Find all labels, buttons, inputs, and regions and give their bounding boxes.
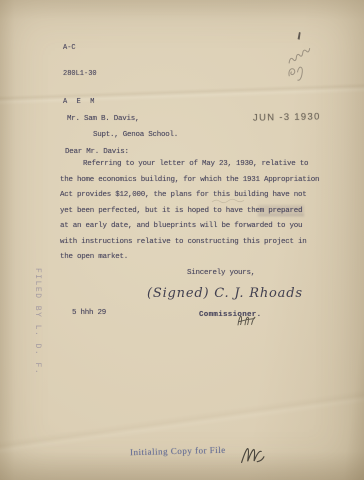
handwritten-initial-mark	[238, 442, 268, 468]
pencil-squiggle	[212, 199, 244, 202]
salutation: Dear Mr. Davis:	[65, 147, 129, 157]
handwritten-initials	[234, 311, 262, 329]
ink-tick-mark	[298, 32, 301, 40]
filed-by-side-stamp: FILED BY L. D. F.	[31, 268, 42, 380]
recipient-title: Supt., Genoa School.	[93, 130, 178, 140]
file-reference: 5 hhh 29	[72, 308, 106, 318]
body-line: Referring to your letter of May 23, 1930…	[60, 160, 332, 176]
body-line: the home economics building, for which t…	[60, 176, 332, 192]
body-line: at an early date, and blueprints will be…	[60, 222, 332, 238]
pencil-script-line1	[287, 48, 312, 63]
file-codes: A-C 280L1-30 A E M	[63, 27, 97, 124]
pencil-annotation-top-right	[282, 30, 334, 82]
received-date-stamp: JUN -3 1930	[253, 111, 321, 123]
pencil-script-line2	[288, 66, 305, 82]
pencil-m-stroke	[242, 448, 265, 463]
signature: (Signed) C. J. Rhoads	[147, 286, 303, 301]
recipient-name: Mr. Sam B. Davis,	[67, 114, 139, 124]
complimentary-close: Sincerely yours,	[187, 268, 255, 278]
overstrike-smudge	[258, 205, 304, 216]
initialing-copy-stamp: Initialing Copy for File	[130, 445, 226, 458]
ink-initials-stroke	[238, 316, 255, 325]
file-code-classification: A-C	[63, 44, 97, 53]
file-code-initials: A E M	[63, 98, 97, 107]
body-line: with instructions relative to constructi…	[60, 238, 332, 254]
scanned-letter-page: A-C 280L1-30 A E M JUN -3 1930 Mr. Sam B…	[0, 0, 364, 480]
body-line: the open market.	[60, 253, 332, 269]
faint-pencil-interlineation	[210, 196, 246, 206]
file-code-number: 280L1-30	[63, 70, 97, 79]
